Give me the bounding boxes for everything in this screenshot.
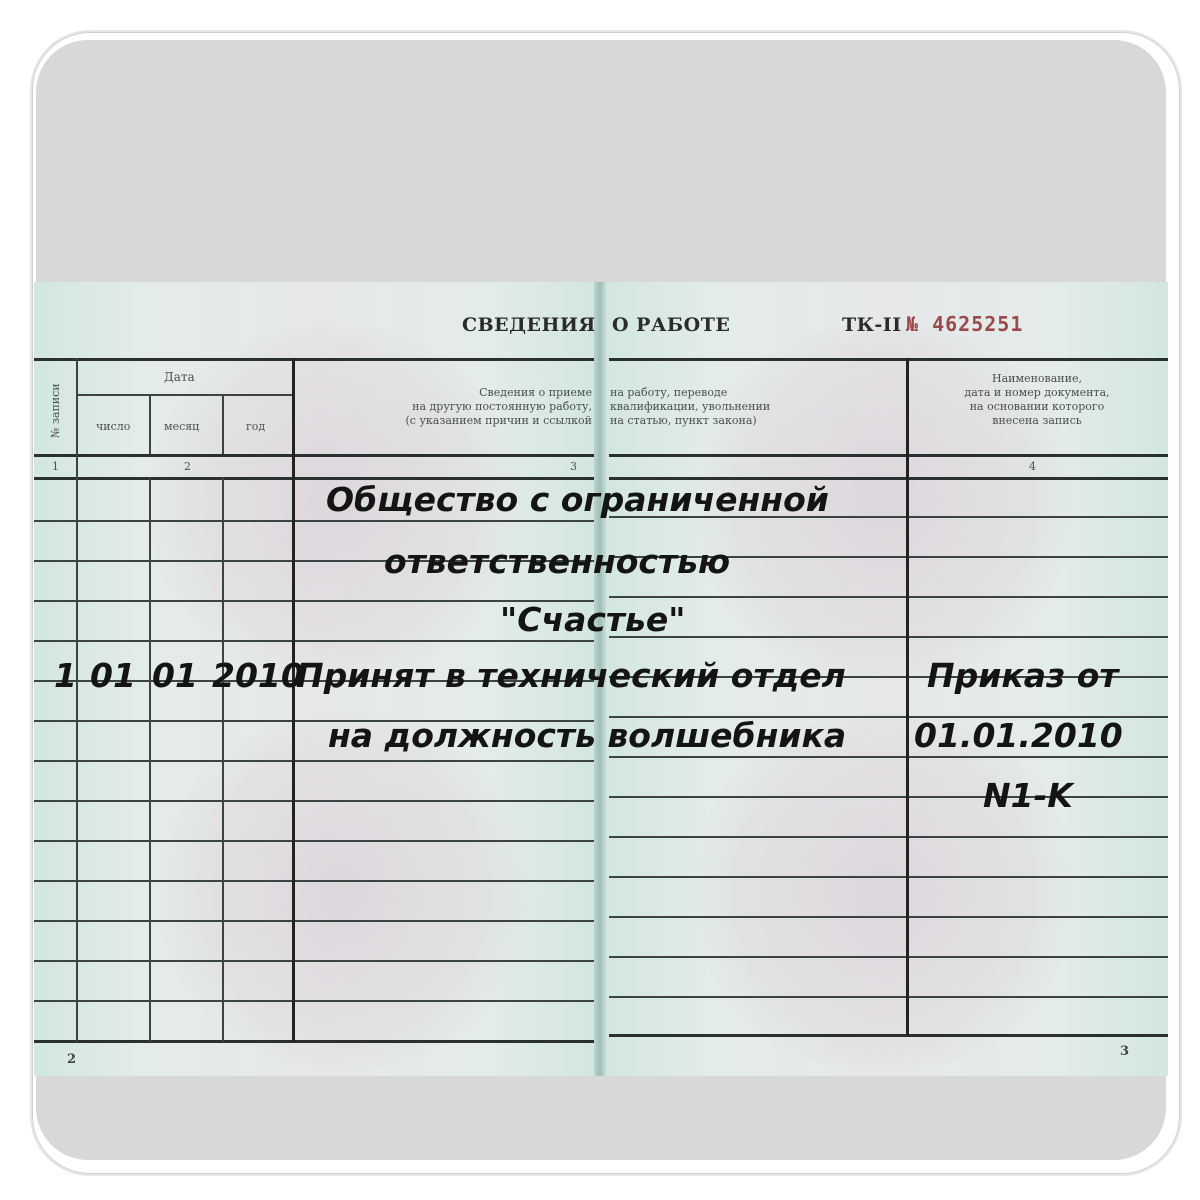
header-doc-line: внесена запись [912, 414, 1162, 428]
header-bottom-line [34, 454, 594, 457]
guilloche-rosette [684, 712, 1084, 1072]
date-subheader-line [76, 394, 294, 396]
header-info-line: на статью, пункт закона) [610, 414, 770, 428]
page-number-left: 2 [67, 1052, 76, 1067]
header-month: месяц [164, 420, 199, 434]
ruled-line [609, 876, 1168, 878]
table-bottom-border [609, 1034, 1168, 1037]
header-doc-line: на основании которого [912, 400, 1162, 414]
header-bottom-line [609, 454, 1168, 457]
title-left: СВЕДЕНИЯ [462, 314, 596, 336]
ruled-line [34, 920, 594, 922]
ruled-line [609, 996, 1168, 998]
header-info-right: на работу, переводе квалификации, увольн… [610, 386, 770, 428]
header-document-ref: Наименование, дата и номер документа, на… [912, 372, 1162, 428]
ruled-line [609, 756, 1168, 758]
ruled-line [34, 760, 594, 762]
ruled-line [34, 840, 594, 842]
ruled-line [609, 636, 1168, 638]
header-info-line: Сведения о приеме [324, 386, 592, 400]
col-divider-month [222, 394, 224, 454]
header-info-line: на другую постоянную работу, [324, 400, 592, 414]
ruled-line [34, 800, 594, 802]
ruled-line [34, 640, 594, 642]
record-info-line-1: Принят в технический отдел [296, 656, 846, 695]
company-name-line-3: "Счастье" [500, 600, 685, 639]
guilloche-rosette [154, 712, 534, 1072]
record-month: 01 [152, 656, 198, 695]
table-bottom-border [34, 1040, 594, 1043]
ruled-line [34, 520, 594, 522]
order-line-1: Приказ от [927, 656, 1119, 695]
column-number-2: 2 [184, 460, 191, 473]
header-year: год [246, 420, 265, 434]
ruled-line [34, 960, 594, 962]
table-top-border [609, 358, 1168, 361]
company-name-line-2: ответственностью [384, 542, 730, 581]
col-divider-document [906, 358, 909, 1036]
header-doc-line: дата и номер документа, [912, 386, 1162, 400]
column-number-1: 1 [52, 460, 59, 473]
column-number-3: 3 [570, 460, 577, 473]
ruled-line [609, 916, 1168, 918]
col-divider-month [222, 477, 224, 1042]
header-day: число [96, 420, 130, 434]
page-number-right: 3 [1120, 1044, 1129, 1059]
header-info-line: (с указанием причин и ссылкой [324, 414, 592, 428]
record-number: 1 [54, 656, 77, 695]
ruled-line [609, 836, 1168, 838]
work-record-book-spread: СВЕДЕНИЯ О РАБОТЕ ТК-II № 4625251 № запи… [34, 282, 1168, 1076]
record-info-line-2: на должность волшебника [328, 716, 846, 755]
serial-number: № 4625251 [906, 312, 1023, 336]
ruled-line [609, 956, 1168, 958]
header-doc-line: Наименование, [912, 372, 1162, 386]
ruled-line [34, 880, 594, 882]
col-divider-day [149, 394, 151, 454]
record-year: 2010 [212, 656, 304, 695]
column-number-4: 4 [1029, 460, 1036, 473]
ruled-line [34, 1000, 594, 1002]
col-divider-day [149, 477, 151, 1042]
table-top-border [34, 358, 594, 361]
header-info-line: на работу, переводе [610, 386, 770, 400]
header-date: Дата [164, 370, 195, 384]
col-divider-info [292, 358, 295, 1042]
ruled-line [609, 596, 1168, 598]
header-info-line: квалификации, увольнении [610, 400, 770, 414]
order-line-2: 01.01.2010 [914, 716, 1123, 755]
ruled-line [609, 796, 1168, 798]
series-label: ТК-II [842, 314, 902, 336]
record-day: 01 [90, 656, 136, 695]
header-info-left: Сведения о приеме на другую постоянную р… [324, 386, 592, 428]
title-right: О РАБОТЕ [612, 314, 730, 336]
col-divider-record [76, 358, 78, 1042]
header-record-no: № записи [49, 383, 62, 438]
company-name-line-1: Общество с ограниченной [326, 480, 829, 519]
order-line-3: N1-K [983, 776, 1073, 815]
